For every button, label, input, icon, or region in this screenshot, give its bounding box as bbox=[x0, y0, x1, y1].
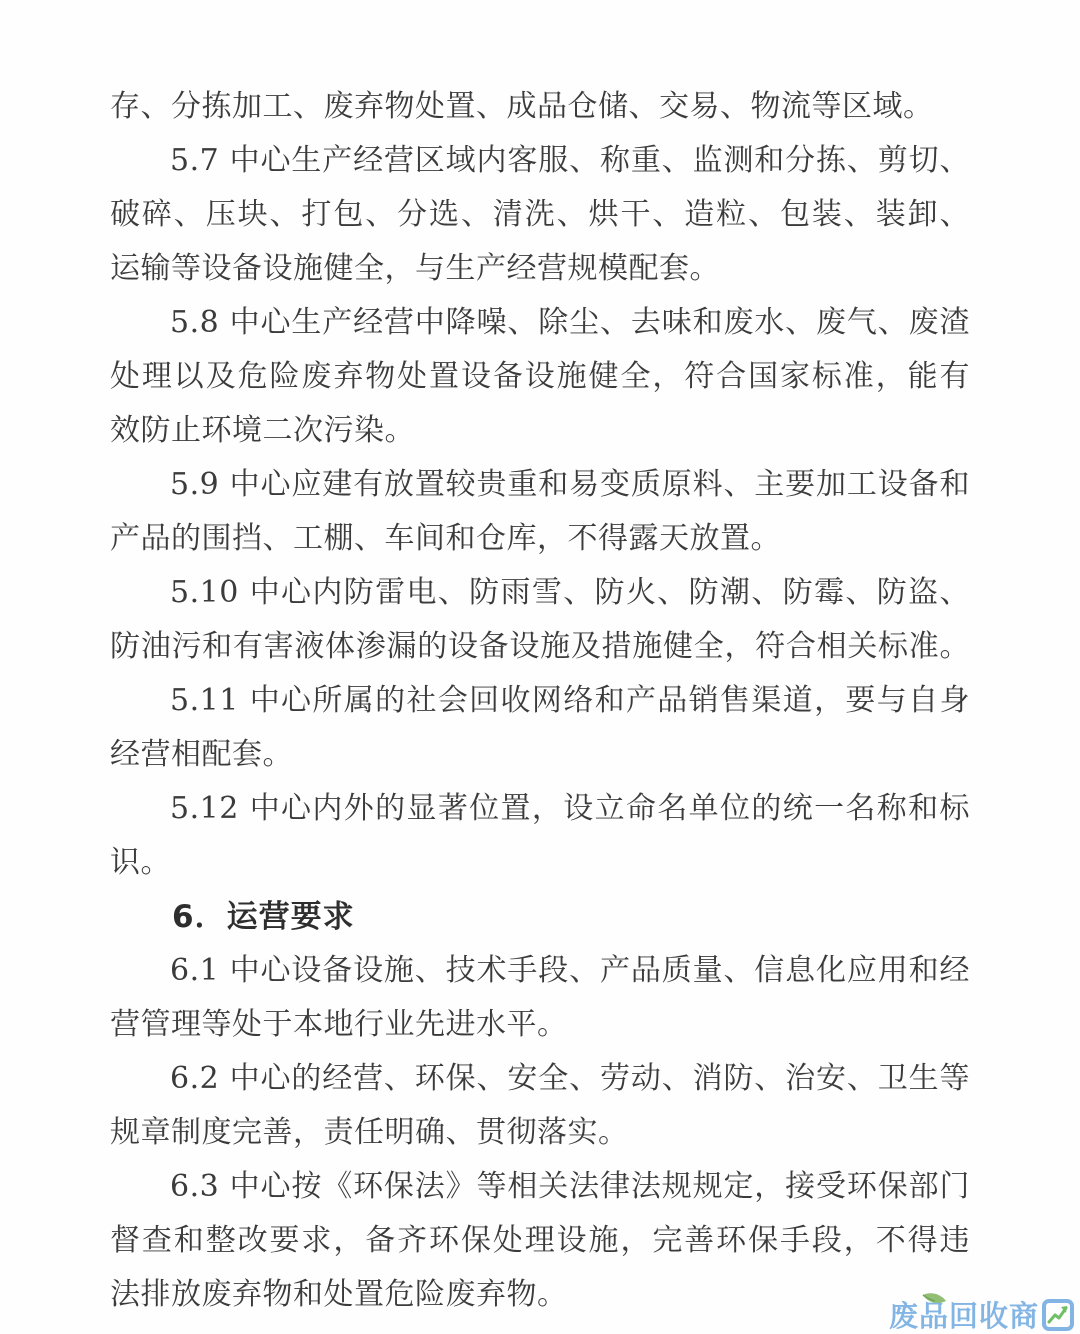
text-line: 6.1 中心设备设施、技术手段、产品质量、信息化应用和经 bbox=[110, 944, 970, 998]
text-line: 营管理等处于本地行业先进水平。 bbox=[110, 998, 970, 1052]
leaf-icon bbox=[919, 1292, 949, 1308]
watermark-logo: 废品回收商 bbox=[889, 1276, 1074, 1332]
text-line: 存、分拣加工、废弃物处置、成品仓储、交易、物流等区域。 bbox=[110, 80, 970, 134]
section-heading: 6．运营要求 bbox=[110, 890, 970, 944]
text-line: 5.9 中心应建有放置较贵重和易变质原料、主要加工设备和 bbox=[110, 458, 970, 512]
document-lines: 存、分拣加工、废弃物处置、成品仓储、交易、物流等区域。5.7 中心生产经营区域内… bbox=[110, 80, 970, 1322]
text-line: 经营相配套。 bbox=[110, 728, 970, 782]
text-line: 效防止环境二次污染。 bbox=[110, 404, 970, 458]
text-line: 5.8 中心生产经营中降噪、除尘、去味和废水、废气、废渣 bbox=[110, 296, 970, 350]
watermark-text: 废品回收商 bbox=[889, 1300, 1039, 1332]
net-chart-icon bbox=[1042, 1299, 1074, 1331]
text-line: 督查和整改要求，备齐环保处理设施，完善环保手段，不得违 bbox=[110, 1214, 970, 1268]
text-line: 规章制度完善，责任明确、贯彻落实。 bbox=[110, 1106, 970, 1160]
text-line: 破碎、压块、打包、分选、清洗、烘干、造粒、包装、装卸、 bbox=[110, 188, 970, 242]
document-page: 存、分拣加工、废弃物处置、成品仓储、交易、物流等区域。5.7 中心生产经营区域内… bbox=[0, 0, 1080, 1334]
text-line: 法排放废弃物和处置危险废弃物。 bbox=[110, 1268, 970, 1322]
text-line: 6.2 中心的经营、环保、安全、劳动、消防、治安、卫生等 bbox=[110, 1052, 970, 1106]
text-line: 6.3 中心按《环保法》等相关法律法规规定，接受环保部门 bbox=[110, 1160, 970, 1214]
text-line: 识。 bbox=[110, 836, 970, 890]
text-line: 5.7 中心生产经营区域内客服、称重、监测和分拣、剪切、 bbox=[110, 134, 970, 188]
text-line: 处理以及危险废弃物处置设备设施健全，符合国家标准，能有 bbox=[110, 350, 970, 404]
text-line: 产品的围挡、工棚、车间和仓库，不得露天放置。 bbox=[110, 512, 970, 566]
text-line: 运输等设备设施健全，与生产经营规模配套。 bbox=[110, 242, 970, 296]
text-line: 防油污和有害液体渗漏的设备设施及措施健全，符合相关标准。 bbox=[110, 620, 970, 674]
text-line: 5.11 中心所属的社会回收网络和产品销售渠道，要与自身 bbox=[110, 674, 970, 728]
text-line: 5.12 中心内外的显著位置，设立命名单位的统一名称和标 bbox=[110, 782, 970, 836]
text-line: 5.10 中心内防雷电、防雨雪、防火、防潮、防霉、防盗、 bbox=[110, 566, 970, 620]
